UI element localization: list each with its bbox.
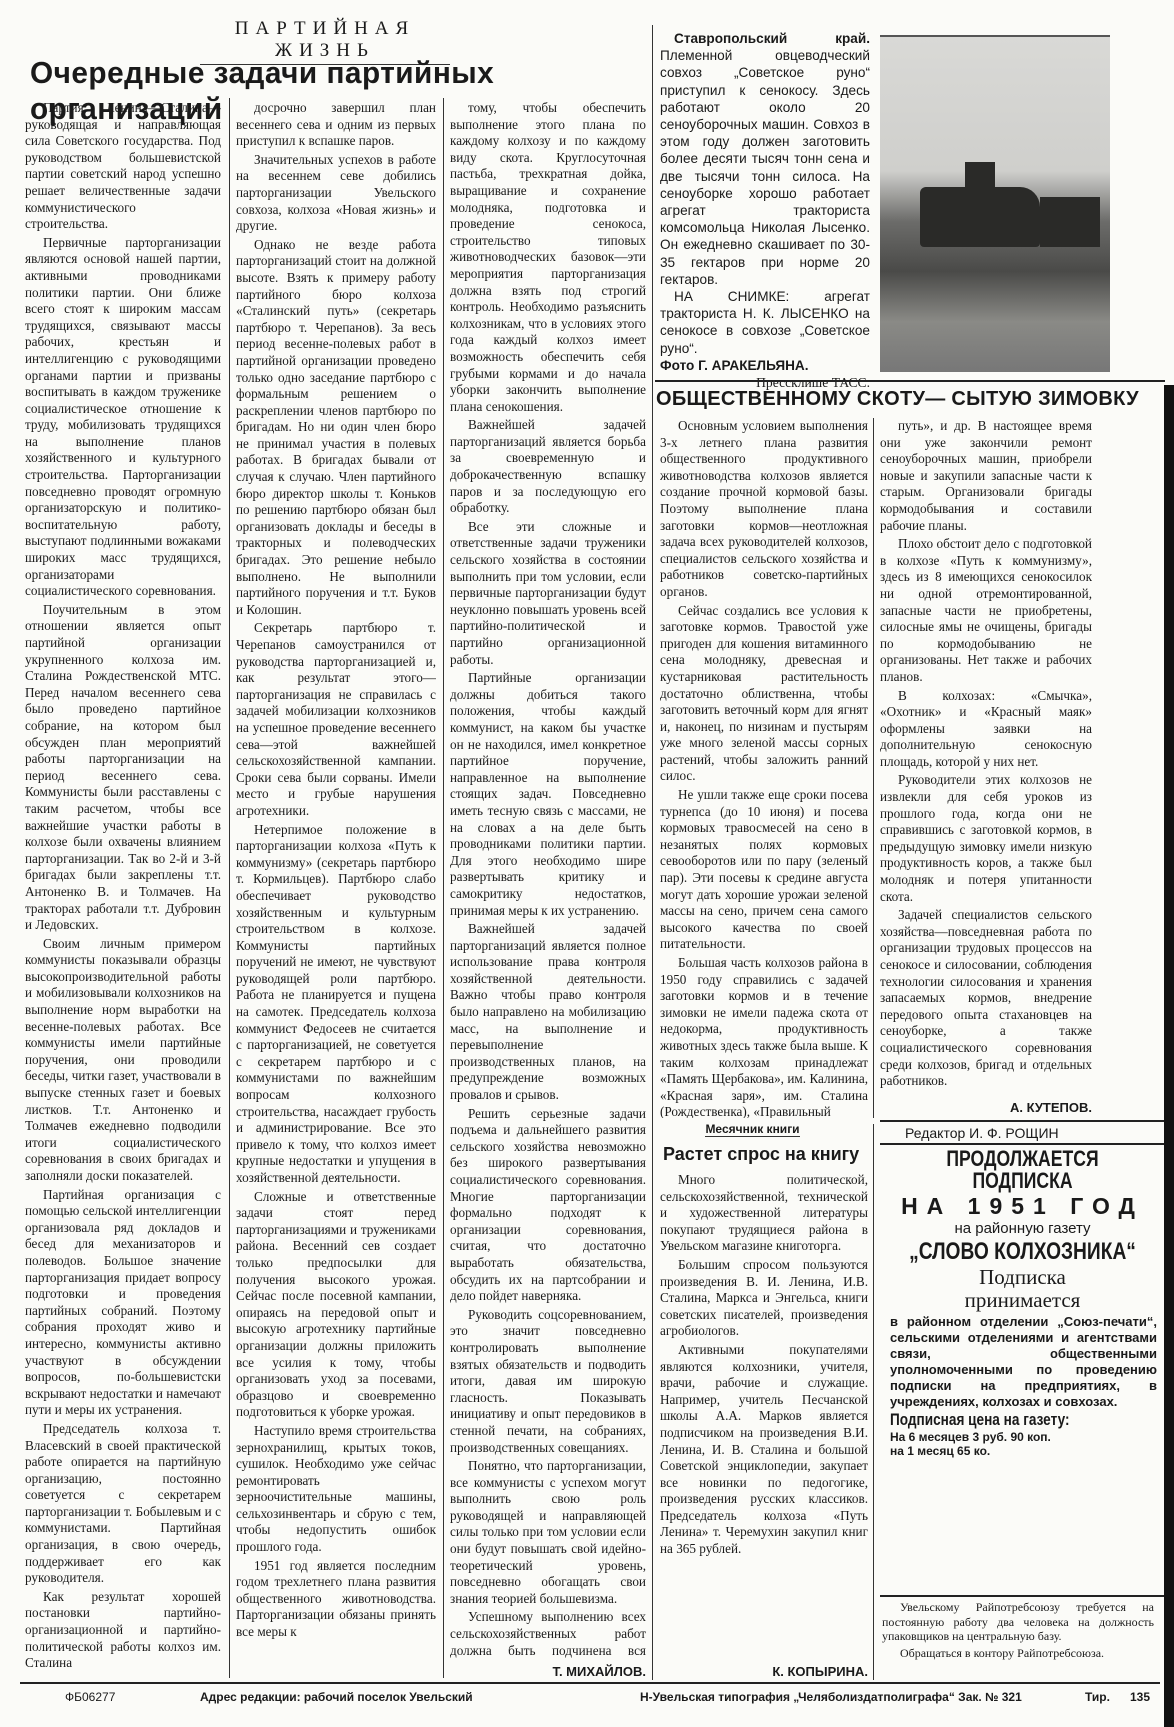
paragraph: путь», и др. В настоящее время они уже з… (880, 418, 1092, 534)
ad-line-1: ПРОДОЛЖАЕТСЯ (909, 1148, 1137, 1170)
ad-line-6: принимается (880, 1288, 1165, 1312)
paragraph: Активными покупателями являются колхозни… (660, 1342, 868, 1558)
paragraph: Решить серьезные задачи подъема и дальне… (450, 1106, 646, 1305)
ad-price-1-month: на 1 месяц 65 ко. (890, 1444, 1165, 1458)
paragraph: Партийная организация с помощью сельской… (25, 1187, 221, 1419)
footer-code: ФБ06277 (65, 1690, 115, 1704)
ad-body: в районном отделении „Союз-печати“, сель… (890, 1314, 1157, 1410)
book-rubric: Месячник книги (705, 1122, 800, 1137)
page-edge-shadow (1164, 0, 1174, 1727)
main-article-column-2: досрочно завершил план весеннего сева и … (236, 100, 436, 1682)
paragraph: Все эти сложные и ответственные задачи т… (450, 519, 646, 668)
paragraph: Сейчас создались все условия к заготовке… (660, 603, 868, 786)
paragraph: Много политической, сельскохозяйственной… (660, 1172, 868, 1255)
paragraph: Партийные организации должны добиться та… (450, 670, 646, 919)
paragraph: Своим личным примером коммунисты показыв… (25, 936, 221, 1185)
book-signature: К. КОПЫРИНА. (660, 1664, 868, 1679)
paragraph: Руководить соцсоревнованием, это значит … (450, 1307, 646, 1456)
caption-text: Племенной овцеводческий совхоз „Советско… (660, 48, 870, 287)
editor-line: Редактор И. Ф. РОЩИН (905, 1125, 1059, 1141)
paragraph: Значительных успехов в работе на весенне… (236, 152, 436, 235)
job-ad-text: Увельскому Райпотребсоюзу требуется на п… (882, 1600, 1154, 1644)
ad-line-4: на районную газету (880, 1220, 1165, 1238)
job-ad: Увельскому Райпотребсоюзу требуется на п… (882, 1600, 1154, 1660)
livestock-column-1: Основным условием выполнения 3-х летнего… (660, 418, 868, 1118)
ad-newspaper-name: „СЛОВО КОЛХОЗНИКА“ (909, 1238, 1137, 1266)
job-ad-contact: Обращаться в контору Райпотребсоюза. (882, 1646, 1154, 1661)
main-article-column-1: Партия Ленина—Сталина—руководящая и напр… (25, 100, 221, 1682)
paragraph: Председатель колхоза т. Власевский в сво… (25, 1421, 221, 1587)
ad-divider (880, 1595, 1165, 1597)
paragraph: досрочно завершил план весеннего сева и … (236, 100, 436, 150)
book-article-body: Много политической, сельскохозяйственной… (660, 1172, 868, 1662)
footer-circulation-value: 135 (1130, 1690, 1150, 1704)
livestock-signature: А. КУТЕПОВ. (880, 1100, 1092, 1115)
caption-place: Ставропольский край. (674, 31, 870, 46)
paragraph: Плохо обстоит дело с подготовкой в колхо… (880, 536, 1092, 685)
paragraph: Большая часть колхозов района в 1950 год… (660, 955, 868, 1118)
photo-caption: Ставропольский край. Племенной овцеводче… (660, 30, 870, 391)
tractor-silhouette (920, 187, 1040, 247)
paragraph: Поучительным в этом отношении является о… (25, 602, 221, 934)
tractor-photo (880, 35, 1110, 372)
livestock-column-2: путь», и др. В настоящее время они уже з… (880, 418, 1092, 1098)
paragraph: Основным условием выполнения 3-х летнего… (660, 418, 868, 601)
paragraph: Успешному выполнению всех сельскохозяйст… (450, 1609, 646, 1660)
paragraph: Важнейшей задачей парторганизаций являет… (450, 921, 646, 1104)
column-divider (873, 418, 874, 1118)
paragraph: Руководители этих колхозов не извлекли д… (880, 772, 1092, 905)
paragraph: Как результат хорошей постановки партийн… (25, 1589, 221, 1672)
paragraph: В колхозах: «Смычка», «Охотник» и «Красн… (880, 688, 1092, 771)
ad-line-3: НА 1951 ГОД (880, 1192, 1165, 1220)
paragraph: Секретарь партбюро т. Черепанов самоустр… (236, 620, 436, 819)
footer-address: Адрес редакции: рабочий поселок Увельски… (200, 1690, 473, 1704)
subscription-ad: ПРОДОЛЖАЕТСЯ ПОДПИСКА НА 1951 ГОД на рай… (880, 1148, 1165, 1458)
ad-line-2: ПОДПИСКА (909, 1170, 1137, 1192)
paragraph: Важнейшей задачей парторганизаций являет… (450, 417, 646, 517)
column-divider (229, 98, 230, 1678)
paragraph: Большим спросом пользуются произведения … (660, 1257, 868, 1340)
paragraph: Однако не везде работа парторганизаций с… (236, 237, 436, 619)
column-divider (652, 25, 653, 1680)
paragraph: Нетерпимое положение в парторганизации к… (236, 822, 436, 1187)
paragraph: Понятно, что парторганизации, все коммун… (450, 1458, 646, 1607)
paragraph: Первичные парторганизации являются основ… (25, 235, 221, 600)
paragraph: тому, чтобы обеспечить выполнение этого … (450, 100, 646, 415)
ad-line-5: Подписка (880, 1266, 1165, 1288)
machine-silhouette (1040, 197, 1100, 247)
main-article-column-3: тому, чтобы обеспечить выполнение этого … (450, 100, 646, 1660)
column-divider (443, 98, 444, 1678)
section-divider (655, 380, 1165, 382)
main-article-signature: Т. МИХАЙЛОВ. (450, 1664, 646, 1679)
paragraph: Сложные и ответственные задачи стоят пер… (236, 1189, 436, 1421)
editor-divider-bottom (880, 1143, 1165, 1145)
paragraph: 1951 год является последним годом трехле… (236, 1558, 436, 1641)
tractor-cab (965, 162, 995, 192)
footer-circulation-label: Тир. (1085, 1690, 1110, 1704)
on-photo-text: НА СНИМКЕ: агрегат тракториста Н. К. ЛЫС… (660, 288, 870, 357)
ad-price-6-months: На 6 месяцев 3 руб. 90 коп. (890, 1430, 1165, 1444)
paragraph: Задачей специалистов сельского хозяйства… (880, 907, 1092, 1090)
livestock-headline: ОБЩЕСТВЕННОМУ СКОТУ— СЫТУЮ ЗИМОВКУ (656, 388, 1139, 411)
book-headline: Растет спрос на книгу (663, 1144, 859, 1165)
footer-printer: Н-Увельская типография „Челяболиздатполи… (640, 1690, 1022, 1704)
column-divider (873, 1124, 874, 1680)
paragraph: Партия Ленина—Сталина—руководящая и напр… (25, 100, 221, 233)
paragraph: Наступило время строительства зернохрани… (236, 1423, 436, 1556)
footer-divider (20, 1682, 1160, 1684)
photo-credit: Фото Г. АРАКЕЛЬЯНА. (660, 357, 870, 374)
ad-price-title: Подписная цена на газету: (890, 1410, 1110, 1430)
editor-divider-top (880, 1120, 1165, 1122)
paragraph: Не ушли также еще сроки посева турнепса … (660, 787, 868, 953)
